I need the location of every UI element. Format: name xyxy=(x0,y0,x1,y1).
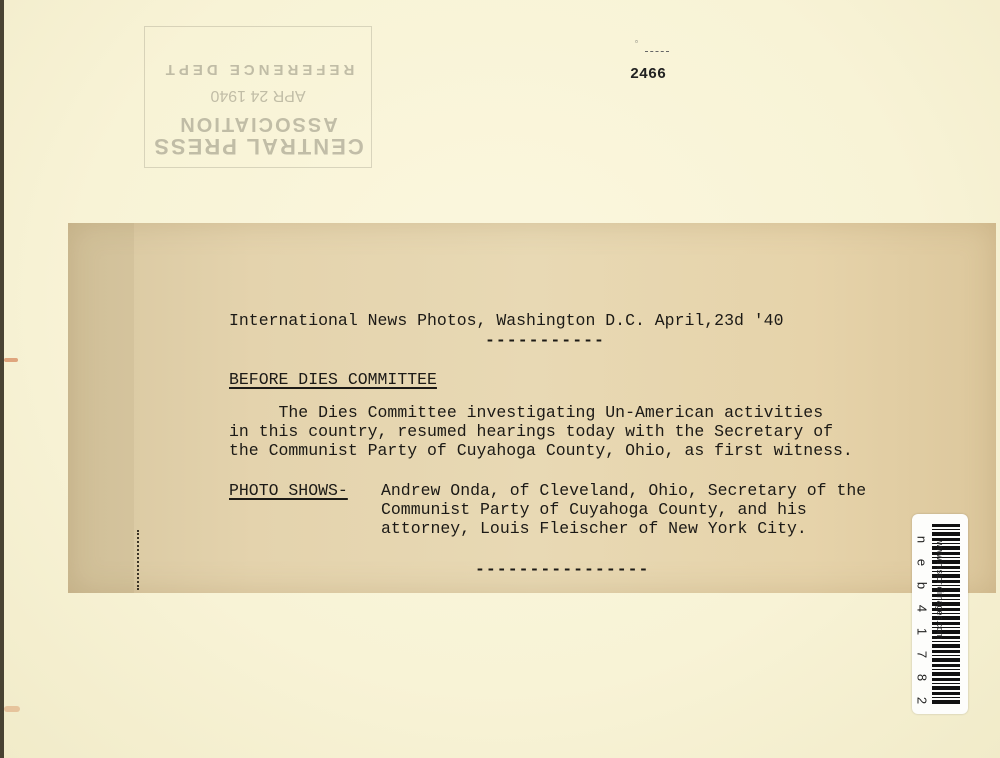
barcode-char: b xyxy=(911,579,934,593)
dateline: International News Photos, Washington D.… xyxy=(229,311,784,330)
headline: BEFORE DIES COMMITTEE xyxy=(229,370,437,389)
barcode-char: e xyxy=(911,556,934,570)
barcode-label: n e b 4 1 7 8 2 www.historicimages.com xyxy=(912,514,968,714)
caption-paragraph: The Dies Committee investigating Un-Amer… xyxy=(229,403,853,460)
photo-shows-text: Andrew Onda, of Cleveland, Ohio, Secreta… xyxy=(381,481,866,538)
barcode-characters: n e b 4 1 7 8 2 xyxy=(915,528,929,712)
barcode-url: www.historicimages.com xyxy=(935,541,945,681)
barcode-char: 8 xyxy=(911,671,934,685)
barcode-char: 1 xyxy=(911,625,934,639)
barcode-char: 2 xyxy=(911,694,934,708)
barcode-char: 7 xyxy=(911,648,934,662)
separator: ----------- xyxy=(485,331,605,350)
barcode-char: 4 xyxy=(911,602,934,616)
caption-text: International News Photos, Washington D.… xyxy=(0,0,1000,758)
barcode-char: n xyxy=(911,533,934,547)
separator: ---------------- xyxy=(475,560,649,579)
photo-shows-label: PHOTO SHOWS- xyxy=(229,481,348,500)
